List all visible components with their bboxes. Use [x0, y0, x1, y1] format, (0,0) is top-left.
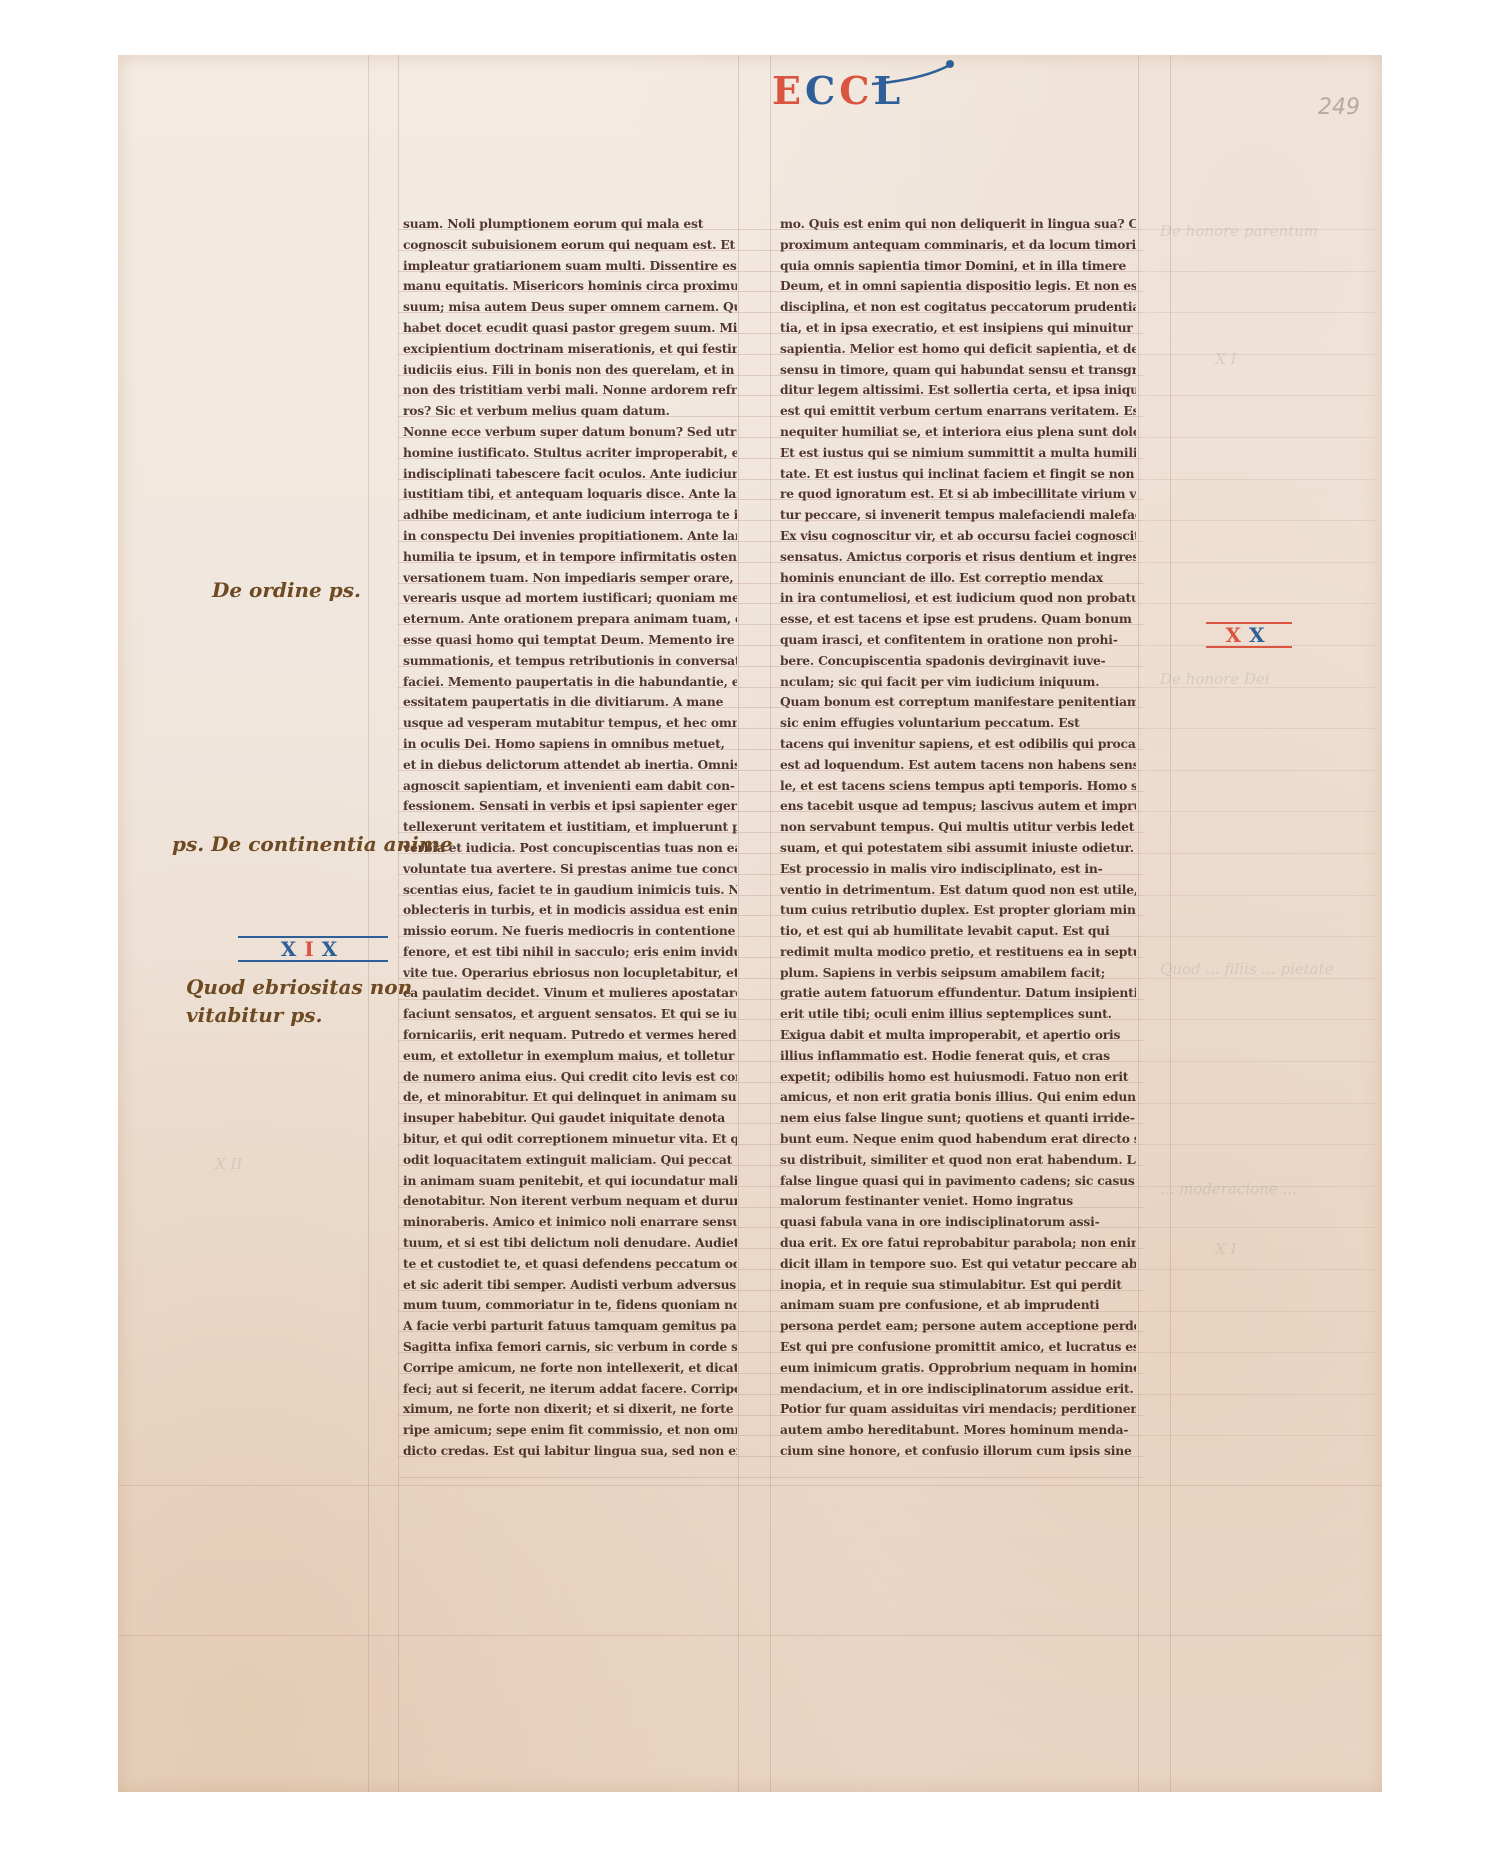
text-line: Corripe amicum, ne forte non intellexeri… — [403, 1358, 737, 1379]
text-line: ros? Sic et verbum melius quam datum. — [403, 401, 737, 422]
text-line: proximum antequam comminaris, et da locu… — [780, 235, 1136, 256]
running-head-letter: C — [805, 72, 835, 110]
text-line: bere. Concupiscentia spadonis devirginav… — [780, 651, 1136, 672]
text-line: redimit multa modico pretio, et restitue… — [780, 942, 1136, 963]
ruling-line — [398, 55, 399, 1792]
text-line: sapientia. Melior est homo qui deficit s… — [780, 339, 1136, 360]
text-line: missio eorum. Ne fueris mediocris in con… — [403, 921, 737, 942]
text-line: tio, et est qui ab humilitate levabit ca… — [780, 921, 1136, 942]
text-line: nem eius false lingue sunt; quotiens et … — [780, 1108, 1136, 1129]
marginal-note: ps. De continentia anime — [172, 832, 453, 856]
rubric-bar — [1206, 646, 1292, 648]
text-line: Exigua dabit et multa improperabit, et a… — [780, 1025, 1136, 1046]
text-line: Est processio in malis viro indisciplina… — [780, 859, 1136, 880]
text-line: de numero anima eius. Qui credit cito le… — [403, 1067, 737, 1088]
text-line: quasi fabula vana in ore indisciplinator… — [780, 1212, 1136, 1233]
text-line: feci; aut si fecerit, ne iterum addat fa… — [403, 1379, 737, 1400]
text-line: Est qui pre confusione promittit amico, … — [780, 1337, 1136, 1358]
text-line: gratie autem fatuorum effundentur. Datum… — [780, 983, 1136, 1004]
text-line: in conspectu Dei invenies propitiationem… — [403, 526, 737, 547]
ruling-line — [1145, 770, 1375, 771]
text-line: dicit illam in tempore suo. Est qui veta… — [780, 1254, 1136, 1275]
text-line: quia omnis sapientia timor Domini, et in… — [780, 256, 1136, 277]
text-line: verearis usque ad mortem iustificari; qu… — [403, 588, 737, 609]
text-line: eternum. Ante orationem prepara animam t… — [403, 609, 737, 630]
ruling-line — [1145, 1269, 1375, 1270]
text-line: eum, et extolletur in exemplum maius, et… — [403, 1046, 737, 1067]
text-line: fessionem. Sensati in verbis et ipsi sap… — [403, 796, 737, 817]
text-line: eum inimicum gratis. Opprobrium nequam i… — [780, 1358, 1136, 1379]
flourish-icon — [870, 58, 960, 88]
text-line: Sagitta infixa femori carnis, sic verbum… — [403, 1337, 737, 1358]
ruling-line — [1145, 1227, 1375, 1228]
text-line: Deum, et in omni sapientia dispositio le… — [780, 276, 1136, 297]
text-line: A facie verbi parturit fatuus tamquam ge… — [403, 1316, 737, 1337]
ruling-line — [1145, 1435, 1375, 1436]
ruling-line — [1145, 1144, 1375, 1145]
text-line: suum; misa autem Deus super omnem carnem… — [403, 297, 737, 318]
text-line: usque ad vesperam mutabitur tempus, et h… — [403, 713, 737, 734]
ruling-line — [118, 1485, 1382, 1486]
ruling-line — [1138, 55, 1139, 1792]
text-line: hominis enunciant de illo. Est correptio… — [780, 568, 1136, 589]
text-line: persona perdet eam; persone autem accept… — [780, 1316, 1136, 1337]
rubric-bar — [1206, 622, 1292, 624]
ruling-line — [1145, 312, 1375, 313]
text-column-a: suam. Noli plumptionem eorum qui mala es… — [403, 214, 737, 1462]
offset-ghost-text: ... moderacione ... — [1160, 1180, 1297, 1198]
text-line: verbia et iudicia. Post concupiscentias … — [403, 838, 737, 859]
text-line: insuper habebitur. Qui gaudet iniquitate… — [403, 1108, 737, 1129]
text-line: summationis, et tempus retributionis in … — [403, 651, 737, 672]
text-line: nequiter humiliat se, et interiora eius … — [780, 422, 1136, 443]
ruling-line — [1145, 437, 1375, 438]
text-line: ventio in detrimentum. Est datum quod no… — [780, 880, 1136, 901]
text-line: faciunt sensatos, et arguent sensatos. E… — [403, 1004, 737, 1025]
text-line: erit utile tibi; oculi enim illius septe… — [780, 1004, 1136, 1025]
text-line: non des tristitiam verbi mali. Nonne ard… — [403, 380, 737, 401]
text-line: illius inflammatio est. Hodie fenerat qu… — [780, 1046, 1136, 1067]
text-line: disciplina, et non est cogitatus peccato… — [780, 297, 1136, 318]
text-line: sic enim effugies voluntarium peccatum. … — [780, 713, 1136, 734]
text-line: animam suam pre confusione, et ab imprud… — [780, 1295, 1136, 1316]
text-line: minoraberis. Amico et inimico noli enarr… — [403, 1212, 737, 1233]
manuscript-leaf — [118, 55, 1382, 1792]
text-line: malorum festinanter veniet. Homo ingratu… — [780, 1191, 1136, 1212]
text-line: impleatur gratiarionem suam multi. Disse… — [403, 256, 737, 277]
chapter-numeral: X — [1225, 623, 1249, 647]
text-line: adhibe medicinam, et ante iudicium inter… — [403, 505, 737, 526]
text-line: tellexerunt veritatem et iustitiam, et i… — [403, 817, 737, 838]
text-line: tur peccare, si invenerit tempus malefac… — [780, 505, 1136, 526]
chapter-numeral: X — [281, 937, 305, 961]
text-line: ditur legem altissimi. Est sollertia cer… — [780, 380, 1136, 401]
text-line: habet docet ecudit quasi pastor gregem s… — [403, 318, 737, 339]
ruling-line — [1170, 55, 1171, 1792]
text-line: iustitiam tibi, et antequam loquaris dis… — [403, 484, 737, 505]
ruling-line — [1145, 395, 1375, 396]
text-line: scentias eius, faciet te in gaudium inim… — [403, 880, 737, 901]
text-line: humilia te ipsum, et in tempore infirmit… — [403, 547, 737, 568]
text-line: ximum, ne forte non dixerit; et si dixer… — [403, 1399, 737, 1420]
text-line: in oculis Dei. Homo sapiens in omnibus m… — [403, 734, 737, 755]
chapter-number-xix: XIX — [238, 934, 388, 964]
text-line: oblecteris in turbis, et in modicis assi… — [403, 900, 737, 921]
text-line: nculam; sic qui facit per vim iudicium i… — [780, 672, 1136, 693]
text-line: inopia, et in requie sua stimulabitur. E… — [780, 1275, 1136, 1296]
text-line: manu equitatis. Misericors hominis circa… — [403, 276, 737, 297]
text-line: Et est iustus qui se nimium summittit a … — [780, 443, 1136, 464]
text-line: denotabitur. Non iterent verbum nequam e… — [403, 1191, 737, 1212]
offset-ghost-text: De honore parentum — [1160, 222, 1318, 240]
chapter-number-xx: XX — [1206, 620, 1292, 650]
text-line: cium sine honore, et confusio illorum cu… — [780, 1441, 1136, 1462]
ruling-line — [1145, 1019, 1375, 1020]
text-line: et in diebus delictorum attendet ab iner… — [403, 755, 737, 776]
text-line: esse quasi homo qui temptat Deum. Mement… — [403, 630, 737, 651]
ruling-line — [368, 55, 369, 1792]
text-line: agnoscit sapientiam, et invenienti eam d… — [403, 776, 737, 797]
ruling-line — [1145, 479, 1375, 480]
rubric-bar — [238, 936, 388, 938]
text-line: mo. Quis est enim qui non deliquerit in … — [780, 214, 1136, 235]
text-line: homine iustificato. Stultus acriter impr… — [403, 443, 737, 464]
text-line: voluntate tua avertere. Si prestas anime… — [403, 859, 737, 880]
text-line: Quam bonum est correptum manifestare pen… — [780, 692, 1136, 713]
offset-ghost-text: X I — [1215, 350, 1236, 368]
ruling-line — [1145, 895, 1375, 896]
text-line: amicus, et non erit gratia bonis illius.… — [780, 1087, 1136, 1108]
text-line: dua erit. Ex ore fatui reprobabitur para… — [780, 1233, 1136, 1254]
text-line: indisciplinati tabescere facit oculos. A… — [403, 464, 737, 485]
text-line: de, et minorabitur. Et qui delinquet in … — [403, 1087, 737, 1108]
ruling-line — [1145, 936, 1375, 937]
ruling-line — [118, 1635, 1382, 1636]
text-line: suam. Noli plumptionem eorum qui mala es… — [403, 214, 737, 235]
rubric-bar — [238, 960, 388, 962]
text-line: cognoscit subuisionem eorum qui nequam e… — [403, 235, 737, 256]
ruling-line — [1145, 1103, 1375, 1104]
text-line: vite tue. Operarius ebriosus non locuple… — [403, 963, 737, 984]
text-line: essitatem paupertatis in die divitiarum.… — [403, 692, 737, 713]
text-line: ens tacebit usque ad tempus; lascivus au… — [780, 796, 1136, 817]
text-line: Nonne ecce verbum super datum bonum? Sed… — [403, 422, 737, 443]
text-line: tuum, et si est tibi delictum noli denud… — [403, 1233, 737, 1254]
ruling-line — [1145, 811, 1375, 812]
text-line: odit loquacitatem extinguit maliciam. Qu… — [403, 1150, 737, 1171]
text-line: mendacium, et in ore indisciplinatorum a… — [780, 1379, 1136, 1400]
ruling-line — [1145, 603, 1375, 604]
text-line: tacens qui invenitur sapiens, et est odi… — [780, 734, 1136, 755]
text-line: in ira contumeliosi, et est iudicium quo… — [780, 588, 1136, 609]
text-line: Potior fur quam assiduitas viri mendacis… — [780, 1399, 1136, 1420]
text-line: suam, et qui potestatem sibi assumit ini… — [780, 838, 1136, 859]
text-line: sensu in timore, quam qui habundat sensu… — [780, 360, 1136, 381]
ruling-line — [1145, 354, 1375, 355]
running-head-letter: C — [839, 72, 869, 110]
ruling-line — [1145, 1394, 1375, 1395]
text-line: expetit; odibilis homo est huiusmodi. Fa… — [780, 1067, 1136, 1088]
text-line: in animam suam penitebit, et qui iocunda… — [403, 1171, 737, 1192]
text-line: te et custodiet te, et quasi defendens p… — [403, 1254, 737, 1275]
ruling-line — [398, 1477, 1143, 1478]
text-line: plum. Sapiens in verbis seipsum amabilem… — [780, 963, 1136, 984]
text-line: mum tuum, commoriatur in te, fidens quon… — [403, 1295, 737, 1316]
text-line: bunt eum. Neque enim quod habendum erat … — [780, 1129, 1136, 1150]
text-line: faciei. Memento paupertatis in die habun… — [403, 672, 737, 693]
text-line: versationem tuam. Non impediaris semper … — [403, 568, 737, 589]
text-line: iudiciis eius. Fili in bonis non des que… — [403, 360, 737, 381]
ruling-line — [1145, 728, 1375, 729]
text-line: est ad loquendum. Est autem tacens non h… — [780, 755, 1136, 776]
marginal-note: vitabitur ps. — [186, 1003, 322, 1027]
text-line: sensatus. Amictus corporis et risus dent… — [780, 547, 1136, 568]
text-line: fenore, et est tibi nihil in sacculo; er… — [403, 942, 737, 963]
text-line: est qui emittit verbum certum enarrans v… — [780, 401, 1136, 422]
ruling-line — [1145, 1061, 1375, 1062]
text-line: tate. Et est iustus qui inclinat faciem … — [780, 464, 1136, 485]
folio-number: 249 — [1318, 95, 1360, 120]
text-line: re quod ignoratum est. Et si ab imbecill… — [780, 484, 1136, 505]
ruling-line — [1145, 1311, 1375, 1312]
text-line: tum cuius retributio duplex. Est propter… — [780, 900, 1136, 921]
offset-ghost-text: X I — [1215, 1240, 1236, 1258]
marginal-note: Quod ebriositas non — [186, 975, 412, 999]
ruling-line — [738, 55, 739, 1792]
offset-ghost-text: De honore Dei — [1160, 670, 1270, 688]
text-line: Ex visu cognoscitur vir, et ab occursu f… — [780, 526, 1136, 547]
chapter-numeral: I — [304, 937, 321, 961]
text-line: su distribuit, similiter et quod non era… — [780, 1150, 1136, 1171]
text-line: quam irasci, et confitentem in oratione … — [780, 630, 1136, 651]
text-line: non servabunt tempus. Qui multis utitur … — [780, 817, 1136, 838]
text-line: et sic aderit tibi semper. Audisti verbu… — [403, 1275, 737, 1296]
offset-ghost-text: Quod ... filiis ... pietate — [1160, 960, 1334, 978]
ruling-line — [1145, 520, 1375, 521]
offset-ghost-text: X II — [215, 1155, 242, 1173]
ruling-line — [1145, 853, 1375, 854]
text-column-b: mo. Quis est enim qui non deliquerit in … — [780, 214, 1136, 1462]
text-line: dicto credas. Est qui labitur lingua sua… — [403, 1441, 737, 1462]
text-line: bitur, et qui odit correptionem minuetur… — [403, 1129, 737, 1150]
chapter-numeral: X — [322, 937, 346, 961]
ruling-line — [1145, 562, 1375, 563]
marginal-note: De ordine ps. — [212, 578, 361, 602]
text-line: esse, et est tacens et ipse est prudens.… — [780, 609, 1136, 630]
text-line: fornicariis, erit nequam. Putredo et ver… — [403, 1025, 737, 1046]
text-line: tia, et in ipsa execratio, et est insipi… — [780, 318, 1136, 339]
text-line: excipientium doctrinam miserationis, et … — [403, 339, 737, 360]
text-line: ca paulatim decidet. Vinum et mulieres a… — [403, 983, 737, 1004]
text-line: ripe amicum; sepe enim fit commissio, et… — [403, 1420, 737, 1441]
text-line: autem ambo hereditabunt. Mores hominum m… — [780, 1420, 1136, 1441]
text-line: false lingue quasi qui in pavimento cade… — [780, 1171, 1136, 1192]
ruling-line — [1145, 271, 1375, 272]
ruling-line — [1145, 1352, 1375, 1353]
chapter-numeral: X — [1249, 623, 1273, 647]
text-line: le, et est tacens sciens tempus apti tem… — [780, 776, 1136, 797]
ruling-line — [770, 55, 771, 1792]
running-head-letter: E — [772, 72, 801, 110]
